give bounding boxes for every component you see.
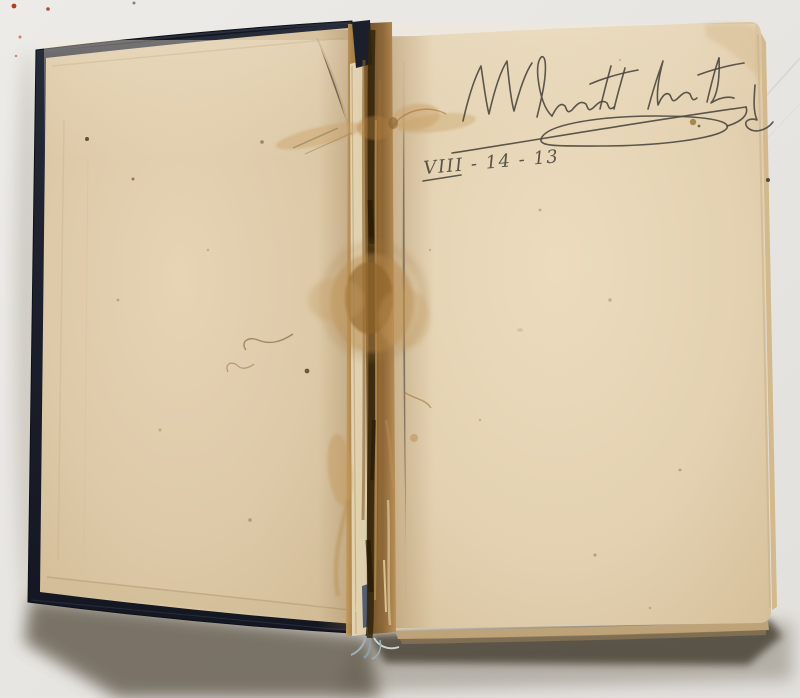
book-photograph: VIII - 14 - 13 (0, 0, 800, 698)
pastedown-endpaper (40, 28, 356, 630)
photo-backdrop: VIII - 14 - 13 (0, 0, 800, 698)
